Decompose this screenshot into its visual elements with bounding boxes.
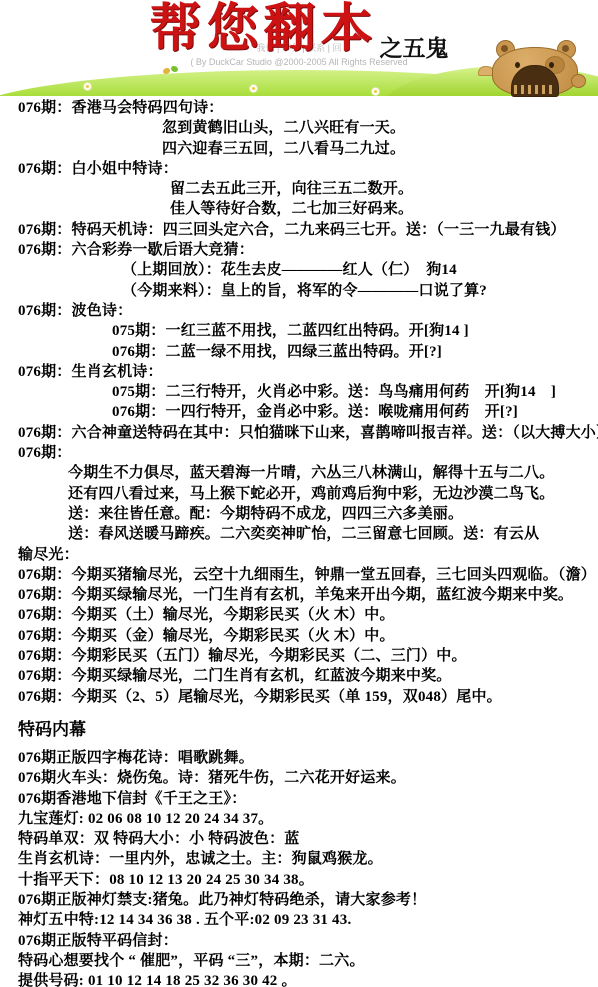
page-title: 帮您翻本: [149, 0, 377, 60]
text-line: 076期：今期买（2、5）尾输尽光，今期彩民买（单 159，双048）尾中。: [0, 687, 598, 707]
text-line: 076期香港地下信封《千王之王》：: [0, 789, 598, 809]
sprout-icon: [163, 66, 177, 74]
text-line: 生肖玄机诗：一里内外，忠诚之士。主：狗鼠鸡猴龙。: [0, 849, 598, 869]
text-line: 076期：今期买猪输尽光，云空十九细雨生，钟鼎一堂五回春，三七回头四观临。（澹）: [0, 565, 598, 585]
text-line: （上期回放）：花生去皮————红人（仁） 狗14: [0, 260, 598, 280]
flower-icon: [250, 85, 257, 92]
text-line: 076期：今期彩民买（五门）输尽光，今期彩民买（二、三门）中。: [0, 646, 598, 666]
text-line: 今期生不力俱尽，蓝天碧海一片晴，六丛三八林满山，解得十五与二八。: [0, 463, 598, 483]
text-line: 076期：特码天机诗：四三回头定六合，二九来码三七开。送：（一三一九最有钱）: [0, 220, 598, 240]
text-line: 076期正版神灯禁支:猪兔。此乃神灯特码绝杀，请大家参考！: [0, 890, 598, 910]
text-line: 四六迎春三五回，二八看马二九过。: [0, 139, 598, 159]
text-line: （今期来料）：皇上的旨，将军的令————口说了算?: [0, 281, 598, 301]
text-line: 076期：波色诗：: [0, 301, 598, 321]
text-line: 特码单双：双 特码大小：小 特码波色：蓝: [0, 829, 598, 849]
text-line: 075期：一红三蓝不用找，二蓝四红出特码。开[狗14 ]: [0, 321, 598, 341]
bear-paw-icon: [571, 74, 586, 88]
text-line: 特码心想要找个 “ 催肥”，平码 “三”，本期：二六。: [0, 951, 598, 971]
text-line: 076期正版四字梅花诗：唱歌跳舞。: [0, 748, 598, 768]
text-line: 忽到黄鹤旧山头，二八兴旺有一天。: [0, 118, 598, 138]
text-line: 076期正版特平码信封：: [0, 931, 598, 951]
text-line: 十指平天下：08 10 12 13 20 24 25 30 34 38。: [0, 870, 598, 890]
text-line: 075期：二三行特开，火肖必中彩。送：鸟鸟痛用何药 开[狗14 ]: [0, 382, 598, 402]
page-header: 我们 | 事务 | 联系 | 回 ( By DuckCar Studio @20…: [0, 0, 598, 96]
bear-head-icon: [492, 47, 578, 96]
text-line: 送：来往皆任意。配：今期特码不成龙，四四三六多美丽。: [0, 504, 598, 524]
text-line: 076期：今期买绿输尽光，二门生肖有玄机，红蓝波今期来中奖。: [0, 666, 598, 686]
text-line: 留二去五此三开，向往三五二数开。: [0, 179, 598, 199]
text-line: 提供号码: 01 10 12 14 18 25 32 36 30 42 。: [0, 971, 598, 987]
text-line: 还有四八看过来，马上猴下蛇必开，鸡前鸡后狗中彩，无边沙漠二鸟飞。: [0, 484, 598, 504]
text-line: 076期火车头：烧伤兔。诗：猪死牛伤，二六花开好运来。: [0, 768, 598, 788]
bear-eye-icon: [515, 62, 520, 68]
text-line: 076期：生肖玄机诗：: [0, 362, 598, 382]
text-line: 076期：今期买（金）输尽光，今期彩民买（火 木）中。: [0, 626, 598, 646]
text-line: 076期：二蓝一绿不用找，四绿三蓝出特码。开[?]: [0, 342, 598, 362]
text-line: 076期：今期买绿输尽光，一门生肖有玄机，羊兔来开出今期，蓝红波今期来中奖。: [0, 585, 598, 605]
text-line: 076期：六合彩券一歇后语大竞猜：: [0, 240, 598, 260]
text-line: 076期：香港马会特码四句诗：: [0, 98, 598, 118]
text-line: 送：春风送暖马蹄疾。二六奕奕神旷怡，二三留意七回顾。送：有云从: [0, 524, 598, 544]
text-line: 076期：白小姐中特诗：: [0, 159, 598, 179]
text-line: 神灯五中特:12 14 34 36 38 . 五个平:02 09 23 31 4…: [0, 910, 598, 930]
text-line: 076期：六合神童送特码在其中：只怕猫咪下山来，喜鹊啼叫报吉祥。送：（以大搏大小…: [0, 423, 598, 443]
text-line: 076期：今期买（土）输尽光，今期彩民买（火 木）中。: [0, 605, 598, 625]
text-line: 佳人等待好合数，二七加三好码来。: [0, 199, 598, 219]
flower-icon: [84, 83, 91, 90]
text-line: 输尽光：: [0, 545, 598, 565]
text-line: 076期：: [0, 443, 598, 463]
section-heading: 特码内幕: [0, 718, 598, 742]
bear-illustration: [490, 40, 586, 94]
text-line: 076期：一四行特开，金肖必中彩。送：喉咙痛用何药 开[?]: [0, 402, 598, 422]
text-line: 九宝莲灯: 02 06 08 10 12 20 24 34 37。: [0, 809, 598, 829]
bear-eye-icon: [549, 62, 554, 68]
flower-icon: [372, 88, 379, 95]
tips-content: 076期：香港马会特码四句诗：忽到黄鹤旧山头，二八兴旺有一天。四六迎春三五回，二…: [0, 96, 598, 987]
